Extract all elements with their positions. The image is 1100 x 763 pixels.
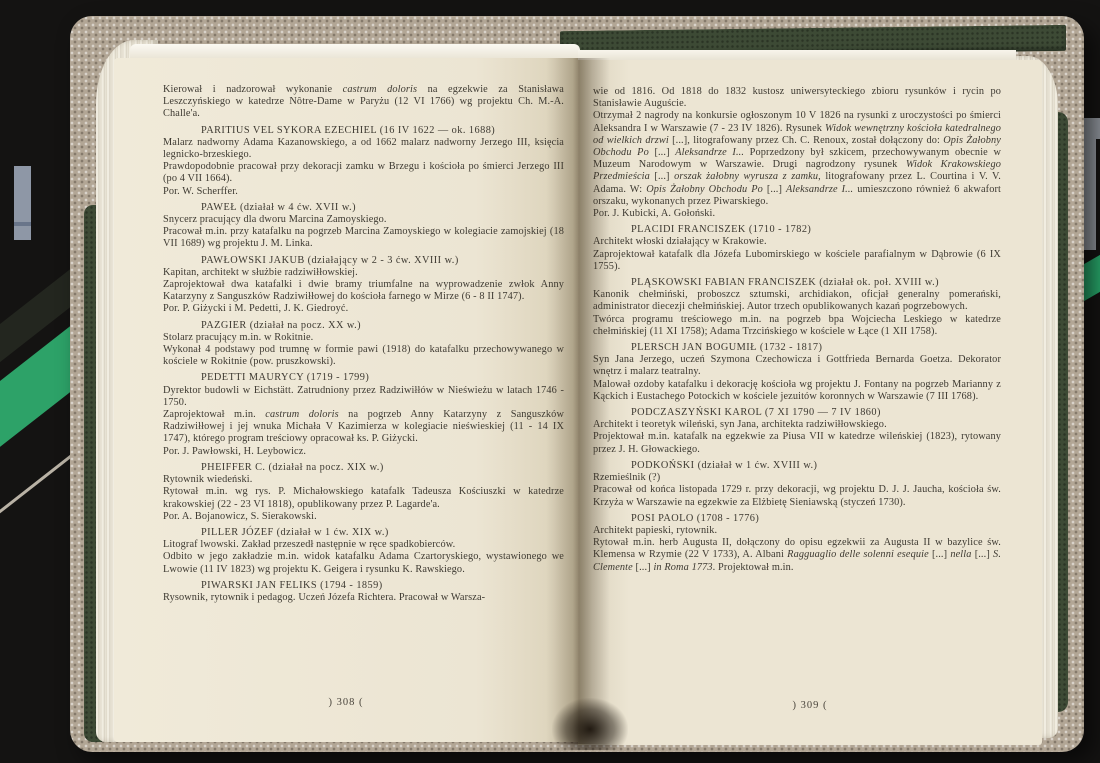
- entry-paragraph: Pracował od końca listopada 1729 r. przy…: [593, 484, 1001, 508]
- entry-paragraph: Snycerz pracujący dla dworu Marcina Zamo…: [163, 214, 564, 226]
- page-right: wie od 1816. Od 1818 do 1832 kustosz uni…: [578, 60, 1042, 745]
- entry-heading: PEDETTI MAURYCY (1719 - 1799): [163, 372, 564, 384]
- entry-paragraph: Rytował m.in. herb Augusta II, dołączony…: [593, 537, 1001, 574]
- blue-ribbon-tab: [14, 166, 31, 240]
- entry-heading: PAWŁOWSKI JAKUB (działający w 2 - 3 ćw. …: [163, 255, 564, 267]
- page-right-text-column: wie od 1816. Od 1818 do 1832 kustosz uni…: [593, 86, 1001, 687]
- entry-heading: PILLER JÓZEF (działał w 1 ćw. XIX w.): [163, 527, 564, 539]
- entry-paragraph: Architekt papieski, rytownik.: [593, 525, 1001, 537]
- entry-paragraph: Malował ozdoby katafalku i dekorację koś…: [593, 379, 1001, 403]
- page-left: Kierował i nadzorował wykonanie castrum …: [114, 58, 578, 742]
- entry-paragraph: Dyrektor budowli w Eichstätt. Zatrudnion…: [163, 385, 564, 409]
- entry-paragraph: Zaprojektował katafalk dla Józefa Lubomi…: [593, 249, 1001, 273]
- entry-paragraph: Rzemieślnik (?): [593, 472, 1001, 484]
- entry-paragraph: Stolarz pracujący m.in. w Rokitnie.: [163, 332, 564, 344]
- entry-paragraph: Rytował m.in. wg rys. P. Michałowskiego …: [163, 486, 564, 510]
- page-left-text-column: Kierował i nadzorował wykonanie castrum …: [163, 84, 564, 684]
- entry-heading: PODCZASZYŃSKI KAROL (7 XI 1790 — 7 IV 18…: [593, 407, 1001, 419]
- entry-paragraph: Zaprojektował m.in. castrum doloris na p…: [163, 409, 564, 446]
- entry-paragraph: Twórca programu treściowego m.in. na pog…: [593, 314, 1001, 338]
- entry-paragraph: Kierował i nadzorował wykonanie castrum …: [163, 84, 564, 121]
- entry-heading: PARITIUS VEL SYKORA EZECHIEL (16 IV 1622…: [163, 125, 564, 137]
- entry-paragraph: Kanonik chełmiński, proboszcz sztumski, …: [593, 289, 1001, 313]
- entry-paragraph: Architekt włoski działający w Krakowie.: [593, 236, 1001, 248]
- entry-paragraph: Rysownik, rytownik i pedagog. Uczeń Józe…: [163, 592, 564, 604]
- entry-paragraph: Projektował m.in. katafalk na egzekwie z…: [593, 431, 1001, 455]
- entry-paragraph: Wykonał 4 podstawy pod trumnę w formie p…: [163, 344, 564, 368]
- entry-heading: PIWARSKI JAN FELIKS (1794 - 1859): [163, 580, 564, 592]
- entry-paragraph: wie od 1816. Od 1818 do 1832 kustosz uni…: [593, 86, 1001, 110]
- entry-heading: PAWEŁ (działał w 4 ćw. XVII w.): [163, 202, 564, 214]
- entry-heading: PLĄSKOWSKI FABIAN FRANCISZEK (działał ok…: [593, 277, 1001, 289]
- entry-heading: PLERSCH JAN BOGUMIŁ (1732 - 1817): [593, 342, 1001, 354]
- entry-paragraph: Otrzymał 2 nagrody na konkursie ogłoszon…: [593, 110, 1001, 208]
- entry-paragraph: Zaprojektował dwa katafalki i dwie bramy…: [163, 279, 564, 303]
- entry-paragraph: Por. P. Giżycki i M. Pedetti, J. K. Gied…: [163, 303, 564, 315]
- entry-paragraph: Rytownik wiedeński.: [163, 474, 564, 486]
- entry-paragraph: Architekt i teoretyk wileński, syn Jana,…: [593, 419, 1001, 431]
- entry-paragraph: Pracował m.in. przy katafalku na pogrzeb…: [163, 226, 564, 250]
- entry-paragraph: Por. J. Kubicki, A. Gołoński.: [593, 208, 1001, 220]
- entry-heading: POSI PAOLO (1708 - 1776): [593, 513, 1001, 525]
- entry-paragraph: Por. W. Scherffer.: [163, 186, 564, 198]
- page-number-right: ) 309 (: [578, 700, 1042, 711]
- entry-heading: PLACIDI FRANCISZEK (1710 - 1782): [593, 224, 1001, 236]
- entry-paragraph: Litograf lwowski. Zakład przeszedł nastę…: [163, 539, 564, 551]
- entry-paragraph: Por. J. Pawłowski, H. Leybowicz.: [163, 446, 564, 458]
- entry-heading: PAZGIER (działał na pocz. XX w.): [163, 320, 564, 332]
- entry-paragraph: Malarz nadworny Adama Kazanowskiego, a o…: [163, 137, 564, 161]
- entry-heading: PHEIFFER C. (działał na pocz. XIX w.): [163, 462, 564, 474]
- entry-paragraph: Kapitan, architekt w służbie radziwiłłow…: [163, 267, 564, 279]
- entry-heading: PODKOŃSKI (działał w 1 ćw. XVIII w.): [593, 460, 1001, 472]
- entry-paragraph: Odbito w jego zakładzie m.in. widok kata…: [163, 551, 564, 575]
- entry-paragraph: Por. A. Bojanowicz, S. Sierakowski.: [163, 511, 564, 523]
- entry-paragraph: Syn Jana Jerzego, uczeń Szymona Czechowi…: [593, 354, 1001, 378]
- entry-paragraph: Prawdopodobnie pracował przy dekoracji z…: [163, 161, 564, 185]
- page-number-left: ) 308 (: [114, 697, 578, 708]
